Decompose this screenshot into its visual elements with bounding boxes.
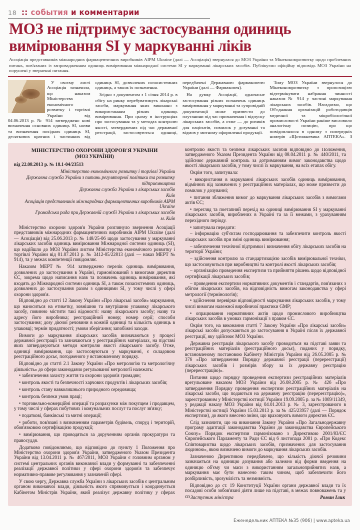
letter-paragraph: • питання зближення вимог до маркування … <box>185 196 346 207</box>
letter-recipient: Асоціація представників міжнародних фарм… <box>14 200 175 211</box>
article-paragraph: Тому МОЗ України звернулося до Мінеконом… <box>270 80 352 140</box>
letter-paragraph: – проведення експертизи нормативних доку… <box>185 282 346 298</box>
letter-columns: МІНІСТЕРСТВО ОХОРОНИ ЗДОРОВ'Я УКРАЇНИ (М… <box>14 148 346 501</box>
headline-line-2: вимірювання SI у маркуванні ліків <box>9 38 251 55</box>
letter-signature: Заступник міністра Роман Ілик <box>190 494 345 501</box>
article-paragraph: На думку Асоціації, одночасне застосуван… <box>183 92 265 136</box>
letter-org-name: МІНІСТЕРСТВО ОХОРОНИ ЗДОРОВ'Я УКРАЇНИ <box>14 148 175 154</box>
letter-paragraph: • запитувала передати: <box>185 226 346 231</box>
letter-paragraph: Державна реєстрація лікарського засобу п… <box>185 342 346 375</box>
article-body-columns: У своєму листі Асоціація зазначила, що н… <box>8 80 352 140</box>
page-number: 18 <box>8 9 17 17</box>
letter-paragraph: • здійснення перевірки відповідності мар… <box>185 299 346 310</box>
letter-paragraph: Зазначеною Директивою передбачено, що кі… <box>185 455 346 482</box>
letter-org-abbr: (МОЗ УКРАЇНИ) <box>14 155 175 160</box>
letter-ref-number: від 22.08.2013 р. № 18.1-04/23513 <box>14 163 175 168</box>
letter-paragraph: • перегляд та поетапний перехід на одини… <box>185 208 346 224</box>
section-name-light: события <box>31 8 68 17</box>
letter-paragraph: • контроль безпеки умов праці; <box>14 395 175 400</box>
signature-title: Заступник міністра <box>190 496 233 501</box>
hands-writing-photo <box>8 80 45 113</box>
letter-paragraph: • забезпечення захисту життя та охорони … <box>14 374 175 379</box>
signature-name: Роман Ілик <box>320 496 345 501</box>
letter-paragraph: Окрім того, запитувала: <box>185 171 346 176</box>
ministry-letter-box: МІНІСТЕРСТВО ОХОРОНИ ЗДОРОВ'Я УКРАЇНИ (М… <box>8 143 352 506</box>
letter-paragraph: Окрім того, на виконання статті 7 Закону… <box>185 324 346 340</box>
letter-recipients: Міністерство економічного розвитку і тор… <box>14 170 175 223</box>
article-headline: МОЗ не підтримує застосування одиниць ви… <box>9 22 352 55</box>
letter-paragraph: – забезпечення технічної підтримки і виз… <box>185 245 346 256</box>
letter-paragraph: Відповідно до статті 12 Закону України «… <box>14 299 175 332</box>
letter-paragraph: • використання в маркуванні лікарських з… <box>185 178 346 194</box>
article-lede: Асоціація представників міжнародних фарм… <box>9 57 351 74</box>
letter-recipient: Громадська рада при Державній службі Укр… <box>14 211 175 216</box>
letter-paragraph: • податкові, банківські та митні операці… <box>14 414 175 419</box>
letter-paragraph: Слід зазначити, що на виконання Закону У… <box>185 421 346 454</box>
letter-paragraph: • опрацювання нормативних актів щодо про… <box>185 312 346 323</box>
letter-paragraph: • вимірювання, що проводяться за доручен… <box>14 433 175 444</box>
kicker-separator: :: <box>21 8 27 17</box>
headline-rule <box>8 76 352 77</box>
headline-line-1: МОЗ не підтримує застосування одиниць <box>9 21 291 38</box>
letter-paragraph: Наказом МЕРТ № 914 затверджено перелік о… <box>14 265 175 298</box>
letter-paragraph: • роботи, пов'язані з визначенням параме… <box>14 421 175 432</box>
article-paragraphs: У своєму листі Асоціація зазначила, що н… <box>8 80 352 140</box>
section-name-dark: и комментарии <box>71 8 140 17</box>
letter-recipient: Міністерство економічного розвитку і тор… <box>14 170 175 175</box>
letter-paragraph: Додатково повідомляємо, що відповідно до… <box>14 446 175 479</box>
letter-paragraph: Питання щодо порядку проведення експерти… <box>185 376 346 420</box>
letter-paragraph: Відповідно до статті 2.1 Закону України … <box>14 362 175 373</box>
letter-paragraph: Вимоги до маркування лікарських засобів … <box>14 334 175 361</box>
section-kicker: 18 :: события и комментарии <box>8 8 210 19</box>
letter-paragraph: • торговельно-комерційні операції та роз… <box>14 402 175 413</box>
letter-paragraph: – інформацію суб'єктам господарювання та… <box>185 232 346 243</box>
page-footer: Еженедельник АПТЕКА №35 (906) | www.apte… <box>234 519 351 524</box>
letter-recipient: Державна служба України з лікарських зас… <box>14 188 175 193</box>
letter-paragraph: Міністерство охорони здоров'я України ро… <box>14 226 175 264</box>
letter-paragraph: – здійснення контролю за стандартизацією… <box>185 257 346 268</box>
letter-paragraph: • контроль стану навколишнього природног… <box>14 388 175 393</box>
letter-recipient: Державна служба України з питань регулят… <box>14 176 175 187</box>
newspaper-page: 18 :: события и комментарии МОЗ не підтр… <box>0 0 360 530</box>
letter-recipient: Київ <box>14 194 175 199</box>
letter-paragraph: – організацію проведення експертизи та п… <box>185 269 346 280</box>
letter-recipient: м. Київ <box>14 217 175 222</box>
letter-paragraph: • контроль якості та безпечності харчови… <box>14 381 175 386</box>
